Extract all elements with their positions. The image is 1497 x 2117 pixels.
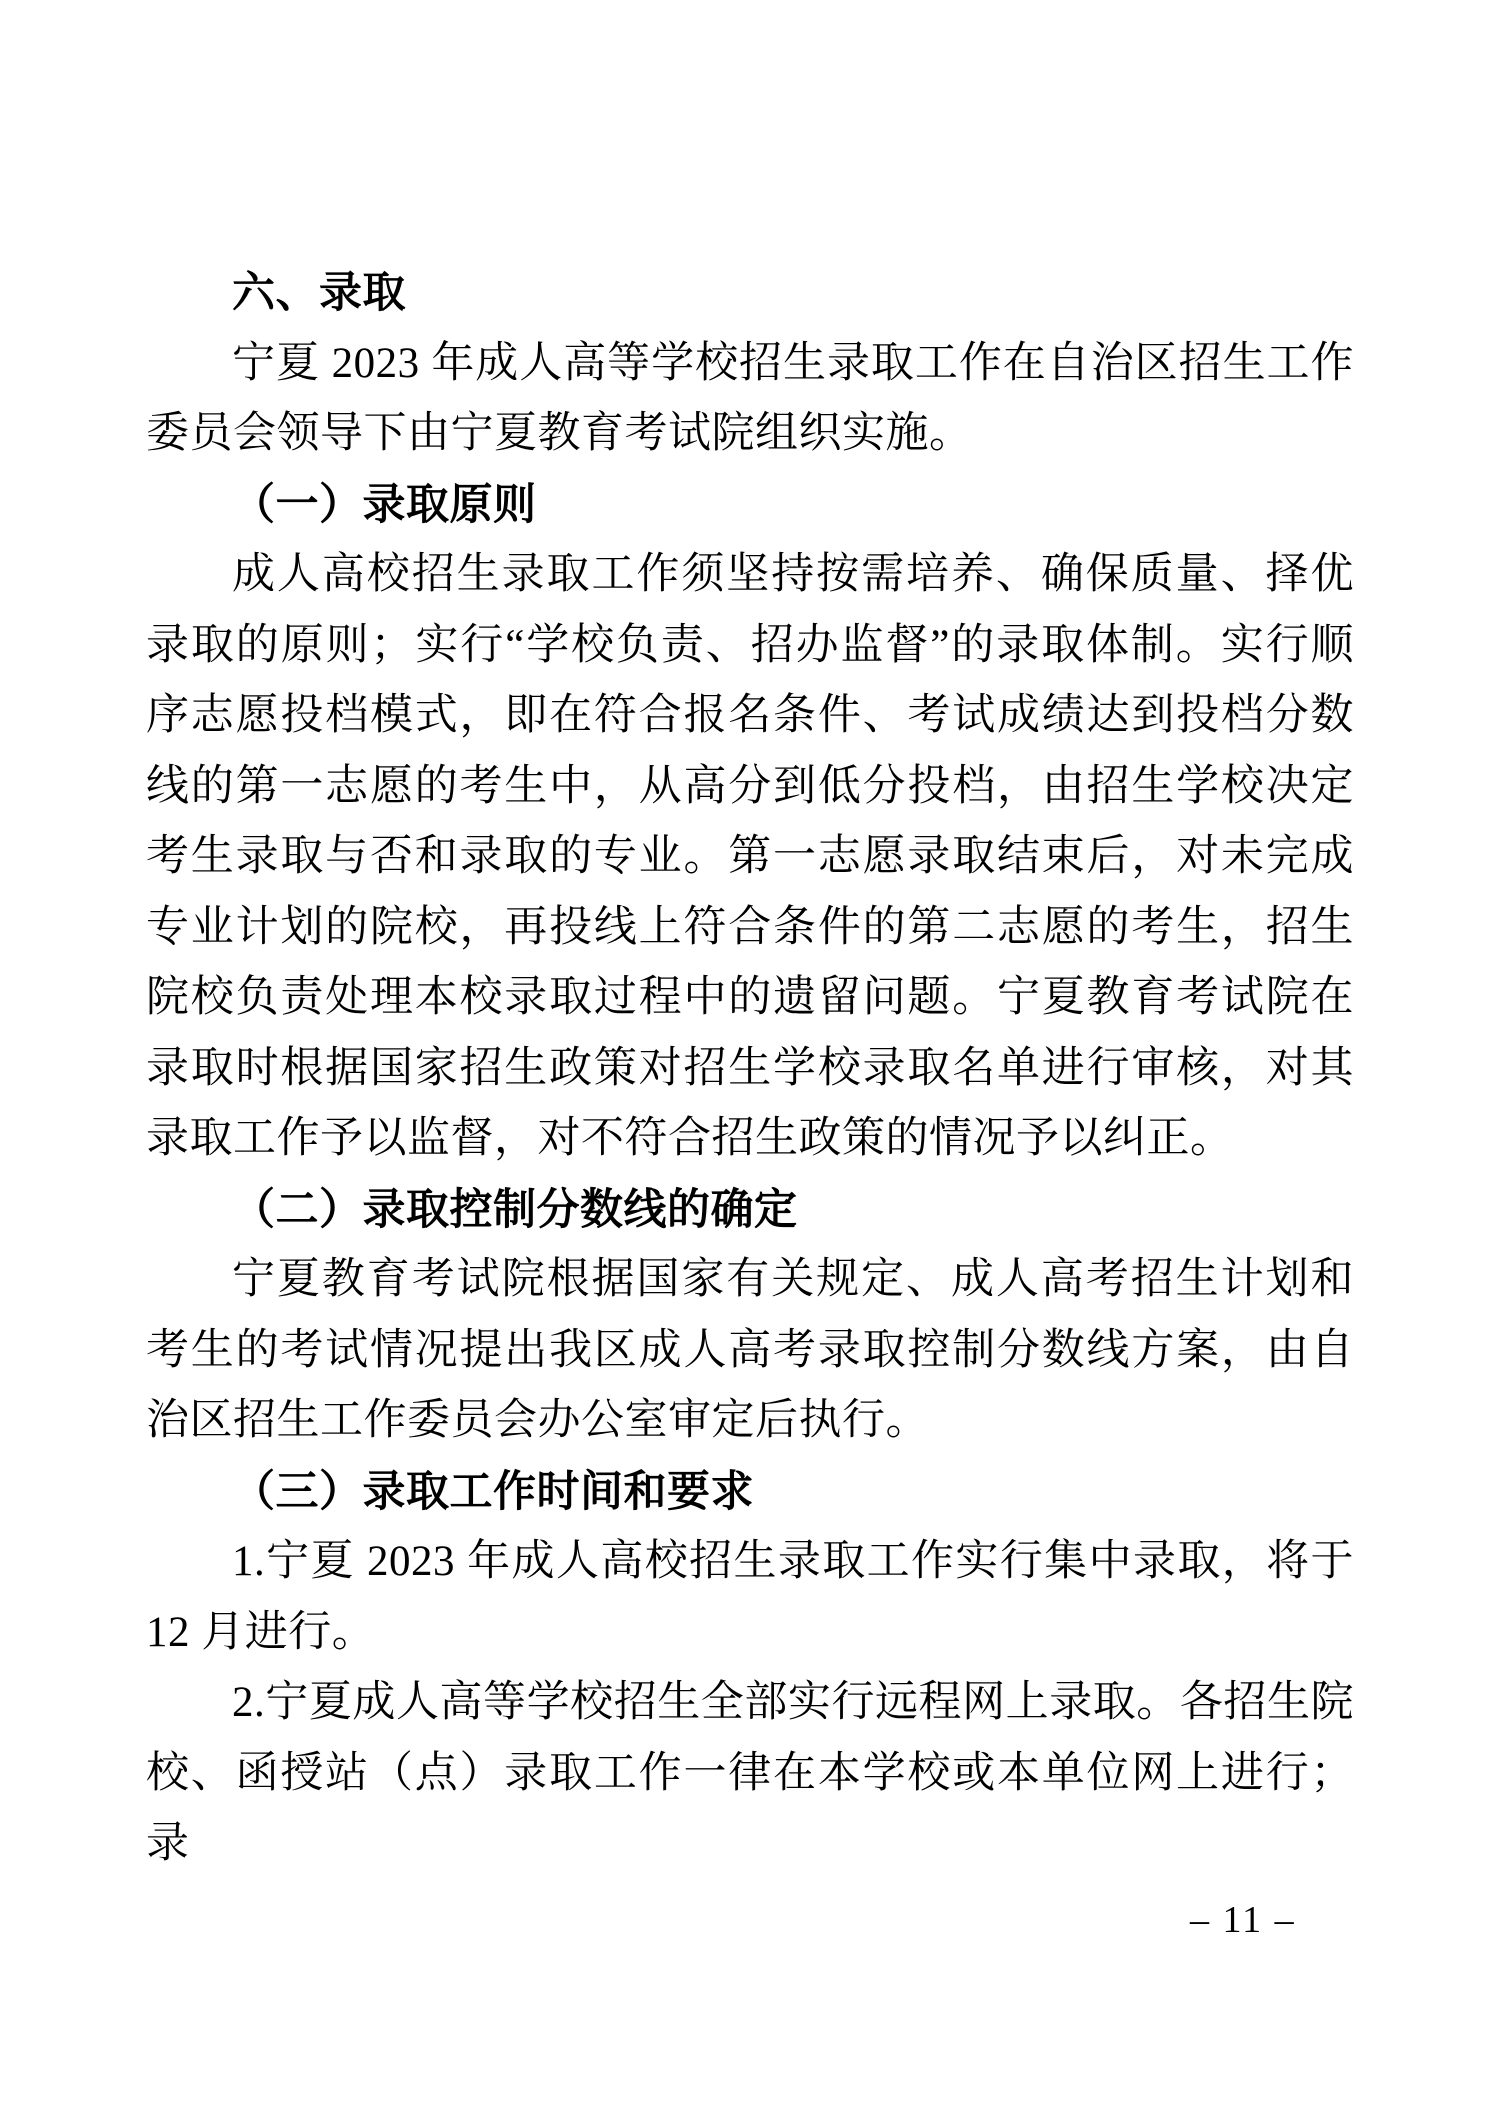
section-heading: （二）录取控制分数线的确定 — [146, 1175, 1354, 1246]
paragraph: 2.宁夏成人高等学校招生全部实行远程网上录取。各招生院校、函授站（点）录取工作一… — [146, 1668, 1354, 1880]
page-number: – 11 – — [1190, 1898, 1296, 1942]
document-body: 六、录取宁夏 2023 年成人高等学校招生录取工作在自治区招生工作委员会领导下由… — [146, 258, 1354, 1880]
section-heading: 六、录取 — [146, 258, 1354, 329]
paragraph: 宁夏教育考试院根据国家有关规定、成人高考招生计划和考生的考试情况提出我区成人高考… — [146, 1245, 1354, 1457]
paragraph: 成人高校招生录取工作须坚持按需培养、确保质量、择优录取的原则；实行“学校负责、招… — [146, 540, 1354, 1175]
document-page: 六、录取宁夏 2023 年成人高等学校招生录取工作在自治区招生工作委员会领导下由… — [0, 0, 1497, 2117]
section-heading: （一）录取原则 — [146, 470, 1354, 541]
paragraph: 1.宁夏 2023 年成人高校招生录取工作实行集中录取，将于 12 月进行。 — [146, 1527, 1354, 1668]
section-heading: （三）录取工作时间和要求 — [146, 1457, 1354, 1528]
paragraph: 宁夏 2023 年成人高等学校招生录取工作在自治区招生工作委员会领导下由宁夏教育… — [146, 329, 1354, 470]
